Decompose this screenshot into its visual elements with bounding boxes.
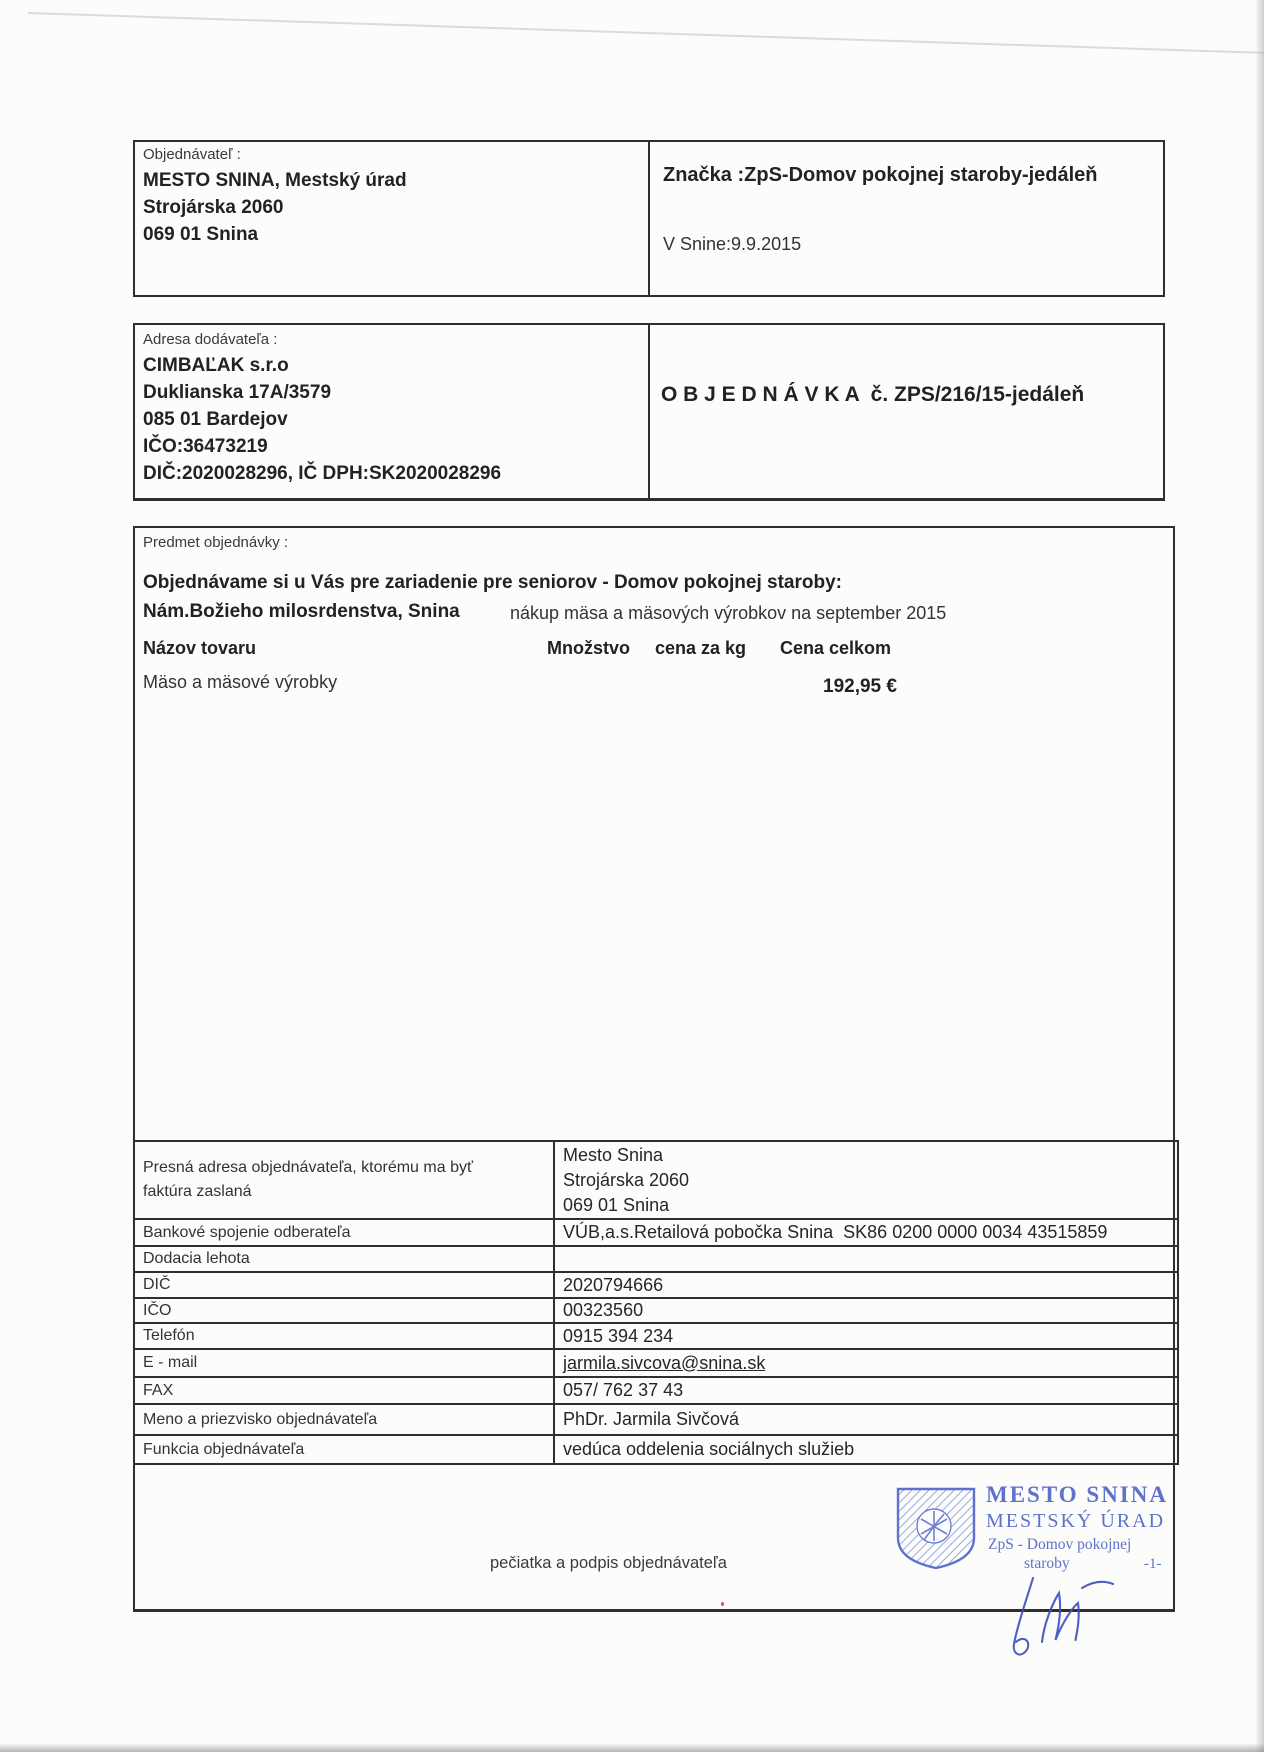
table-row: Telefón 0915 394 234: [134, 1323, 1178, 1349]
scan-artifact-red-speck: [721, 1602, 724, 1606]
table-row: DIČ 2020794666: [134, 1272, 1178, 1298]
row-value-bank: VÚB,a.s.Retailová pobočka Snina SK86 020…: [554, 1219, 1178, 1246]
stamp-office-name: MESTSKÝ ÚRAD: [986, 1510, 1165, 1533]
row-label-dic: DIČ: [134, 1272, 554, 1298]
place-date-line: V Snine:9.9.2015: [663, 234, 801, 255]
row-value-orderer-name: PhDr. Jarmila Sivčová: [554, 1404, 1178, 1435]
supplier-box: Adresa dodávateľa : CIMBAĽAK s.r.o Dukli…: [133, 323, 1165, 501]
subject-box: Predmet objednávky : Objednávame si u Vá…: [133, 526, 1175, 1612]
supplier-address-line: DIČ:2020028296, IČ DPH:SK2020028296: [143, 460, 501, 487]
buyer-address-line: MESTO SNINA, Mestský úrad: [143, 167, 407, 194]
row-value-email: jarmila.sivcova@snina.sk: [554, 1349, 1178, 1377]
row-value-phone: 0915 394 234: [554, 1323, 1178, 1349]
buyer-address-line: 069 01 Snina: [143, 221, 407, 248]
scan-artifact-right-edge: [1255, 0, 1264, 1752]
invoice-address-line: 069 01 Snina: [563, 1193, 1177, 1218]
invoice-address-line: Strojárska 2060: [563, 1168, 1177, 1193]
row-value-fax: 057/ 762 37 43: [554, 1377, 1178, 1404]
buyer-address: MESTO SNINA, Mestský úrad Strojárska 206…: [143, 167, 407, 248]
table-row: E - mail jarmila.sivcova@snina.sk: [134, 1349, 1178, 1377]
scan-artifact-top-line: [28, 12, 1264, 57]
row-label-orderer-function: Funkcia objednávateľa: [134, 1435, 554, 1464]
item-total: 192,95 €: [823, 676, 897, 698]
row-label-orderer-name: Meno a priezvisko objednávateľa: [134, 1404, 554, 1435]
supplier-address-line: IČO:36473219: [143, 433, 501, 460]
supplier-address-line: 085 01 Bardejov: [143, 406, 501, 433]
item-name: Mäso a mäsové výrobky: [143, 672, 337, 693]
supplier-address: CIMBAĽAK s.r.o Duklianska 17A/3579 085 0…: [143, 352, 501, 487]
table-row: Presná adresa objednávateľa, ktorému ma …: [134, 1141, 1178, 1219]
buyer-address-line: Strojárska 2060: [143, 194, 407, 221]
official-stamp: MESTO SNINA MESTSKÝ ÚRAD ZpS - Domov pok…: [846, 1468, 1182, 1580]
row-label-bank: Bankové spojenie odberateľa: [134, 1219, 554, 1246]
stamp-page-marker: -1-: [1144, 1556, 1162, 1573]
email-value: jarmila.sivcova@snina.sk: [563, 1353, 765, 1373]
invoice-address-line: Mesto Snina: [563, 1143, 1177, 1168]
buyer-label: Objednávateľ :: [143, 146, 241, 163]
table-row: Bankové spojenie odberateľa VÚB,a.s.Reta…: [134, 1219, 1178, 1246]
row-value-invoice-address: Mesto Snina Strojárska 2060 069 01 Snina: [554, 1141, 1178, 1219]
table-row: IČO 00323560: [134, 1298, 1178, 1323]
subject-intro-line2-bold: Nám.Božieho milosrdenstva, Snina: [143, 601, 460, 623]
subject-intro-line2-rest: nákup mäsa a mäsových výrobkov na septem…: [510, 603, 946, 624]
row-value-orderer-function: vedúca oddelenia sociálnych služieb: [554, 1435, 1178, 1464]
subject-label: Predmet objednávky :: [143, 534, 288, 551]
scan-artifact-bottom-edge: [0, 1743, 1264, 1752]
row-label-phone: Telefón: [134, 1323, 554, 1349]
row-value-dic: 2020794666: [554, 1272, 1178, 1298]
details-table: Presná adresa objednávateľa, ktorému ma …: [133, 1140, 1179, 1465]
row-label-invoice-address: Presná adresa objednávateľa, ktorému ma …: [134, 1141, 554, 1219]
reference-number: Značka :ZpS-Domov pokojnej staroby-jedál…: [663, 164, 1098, 187]
column-header-item-name: Názov tovaru: [143, 638, 256, 659]
table-row: Dodacia lehota: [134, 1246, 1178, 1272]
table-row: FAX 057/ 762 37 43: [134, 1377, 1178, 1404]
stamp-signature-caption: pečiatka a podpis objednávateľa: [490, 1554, 727, 1573]
column-header-price-per-kg: cena za kg: [655, 638, 746, 659]
row-label-line: Presná adresa objednávateľa, ktorému ma …: [143, 1156, 553, 1180]
row-value-ico: 00323560: [554, 1298, 1178, 1323]
buyer-box-divider: [648, 142, 650, 295]
scanned-order-document: { "colors": { "stamp_blue": "#4a5ec6", "…: [0, 0, 1264, 1752]
subject-intro-line1: Objednávame si u Vás pre zariadenie pre …: [143, 572, 842, 594]
row-label-fax: FAX: [134, 1377, 554, 1404]
buyer-box: Objednávateľ : MESTO SNINA, Mestský úrad…: [133, 140, 1165, 297]
order-number: O B J E D N Á V K A č. ZPS/216/15-jedále…: [661, 383, 1084, 407]
row-label-delivery-term: Dodacia lehota: [134, 1246, 554, 1272]
column-header-quantity: Množstvo: [547, 638, 630, 659]
stamp-city-name: MESTO SNINA: [986, 1482, 1168, 1508]
row-label-ico: IČO: [134, 1298, 554, 1323]
row-label-line: faktúra zaslaná: [143, 1180, 553, 1204]
row-value-delivery-term: [554, 1246, 1178, 1272]
table-row: Funkcia objednávateľa vedúca oddelenia s…: [134, 1435, 1178, 1464]
supplier-address-line: Duklianska 17A/3579: [143, 379, 501, 406]
supplier-box-divider: [648, 325, 650, 498]
column-header-total-price: Cena celkom: [780, 638, 891, 659]
stamp-facility-line1: ZpS - Domov pokojnej: [988, 1536, 1131, 1554]
handwritten-signature: [1000, 1568, 1115, 1658]
table-row: Meno a priezvisko objednávateľa PhDr. Ja…: [134, 1404, 1178, 1435]
stamp-shield-icon: [892, 1484, 980, 1572]
supplier-address-line: CIMBAĽAK s.r.o: [143, 352, 501, 379]
supplier-label: Adresa dodávateľa :: [143, 331, 277, 348]
row-label-email: E - mail: [134, 1349, 554, 1377]
